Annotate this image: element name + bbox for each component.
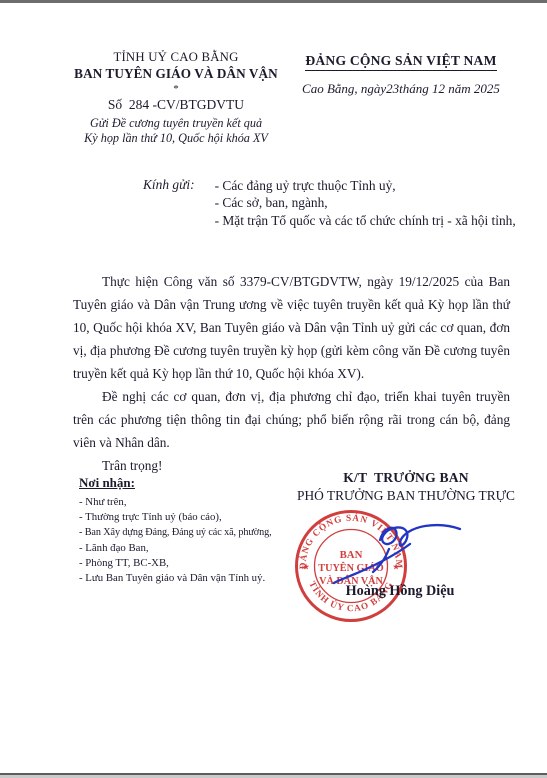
distribution-label: Nơi nhận: <box>79 475 299 491</box>
signer-position: PHÓ TRƯỞNG BAN THƯỜNG TRỰC <box>278 488 534 504</box>
distribution-block: Nơi nhận: - Như trên, - Thường trực Tỉnh… <box>79 475 299 586</box>
distribution-list: - Như trên, - Thường trực Tỉnh uỷ (báo c… <box>79 495 299 586</box>
star-icon: ★ <box>302 562 310 572</box>
handwritten-signature <box>328 516 464 616</box>
recipient-item: - Mặt trận Tổ quốc và các tổ chức chính … <box>215 212 516 229</box>
signature-ink-icon <box>328 516 464 616</box>
signature-title-block: K/T TRƯỞNG BAN PHÓ TRƯỞNG BAN THƯỜNG TRỰ… <box>278 470 534 504</box>
distribution-item: - Phòng TT, BC-XB, <box>79 556 299 571</box>
star-separator: * <box>58 84 294 94</box>
distribution-item: - Lưu Ban Tuyên giáo và Dân vận Tỉnh uỷ. <box>79 571 299 586</box>
issuing-org-name: BAN TUYÊN GIÁO VÀ DÂN VẬN <box>58 66 294 82</box>
body-paragraph-2: Đề nghị các cơ quan, đơn vị, địa phương … <box>73 385 510 454</box>
document-body: Thực hiện Công văn số 3379-CV/BTGDVTW, n… <box>73 270 510 477</box>
document-page: TỈNH UỶ CAO BẰNG BAN TUYÊN GIÁO VÀ DÂN V… <box>0 0 547 778</box>
national-header-block: ĐẢNG CỘNG SẢN VIỆT NAM Cao Bằng, ngày23t… <box>288 52 514 97</box>
body-paragraph-1: Thực hiện Công văn số 3379-CV/BTGDVTW, n… <box>73 270 510 385</box>
page-top-edge <box>0 0 547 3</box>
distribution-item: - Lãnh đạo Ban, <box>79 541 299 556</box>
issuing-org-block: TỈNH UỶ CAO BẰNG BAN TUYÊN GIÁO VÀ DÂN V… <box>58 50 294 145</box>
recipients-block: Kính gửi: - Các đảng uỷ trực thuộc Tỉnh … <box>143 177 516 229</box>
distribution-item: - Như trên, <box>79 495 299 510</box>
signer-name: Hoàng Hồng Diệu <box>316 583 484 600</box>
document-subject: Gửi Đề cương tuyên truyền kết quả Kỳ họp… <box>58 116 294 145</box>
page-bottom-edge <box>0 773 547 778</box>
recipient-item: - Các đảng uỷ trực thuộc Tỉnh uỷ, <box>215 177 516 194</box>
parent-org-name: TỈNH UỶ CAO BẰNG <box>58 50 294 65</box>
recipients-list: - Các đảng uỷ trực thuộc Tỉnh uỷ, - Các … <box>215 177 516 229</box>
subject-line-1: Gửi Đề cương tuyên truyền kết quả <box>58 116 294 131</box>
national-motto: ĐẢNG CỘNG SẢN VIỆT NAM <box>305 53 496 71</box>
recipients-label: Kính gửi: <box>143 177 195 229</box>
signer-authority: K/T TRƯỞNG BAN <box>278 470 534 486</box>
distribution-item: - Thường trực Tỉnh uỷ (báo cáo), <box>79 510 299 525</box>
document-number: Số 284 -CV/BTGDVTU <box>58 97 294 113</box>
subject-line-2: Kỳ họp lần thứ 10, Quốc hội khóa XV <box>58 131 294 146</box>
recipient-item: - Các sở, ban, ngành, <box>215 194 516 211</box>
distribution-item: - Ban Xây dựng Đảng, Đảng uỷ các xã, phư… <box>79 525 299 540</box>
place-and-date: Cao Bằng, ngày23tháng 12 năm 2025 <box>288 81 514 97</box>
